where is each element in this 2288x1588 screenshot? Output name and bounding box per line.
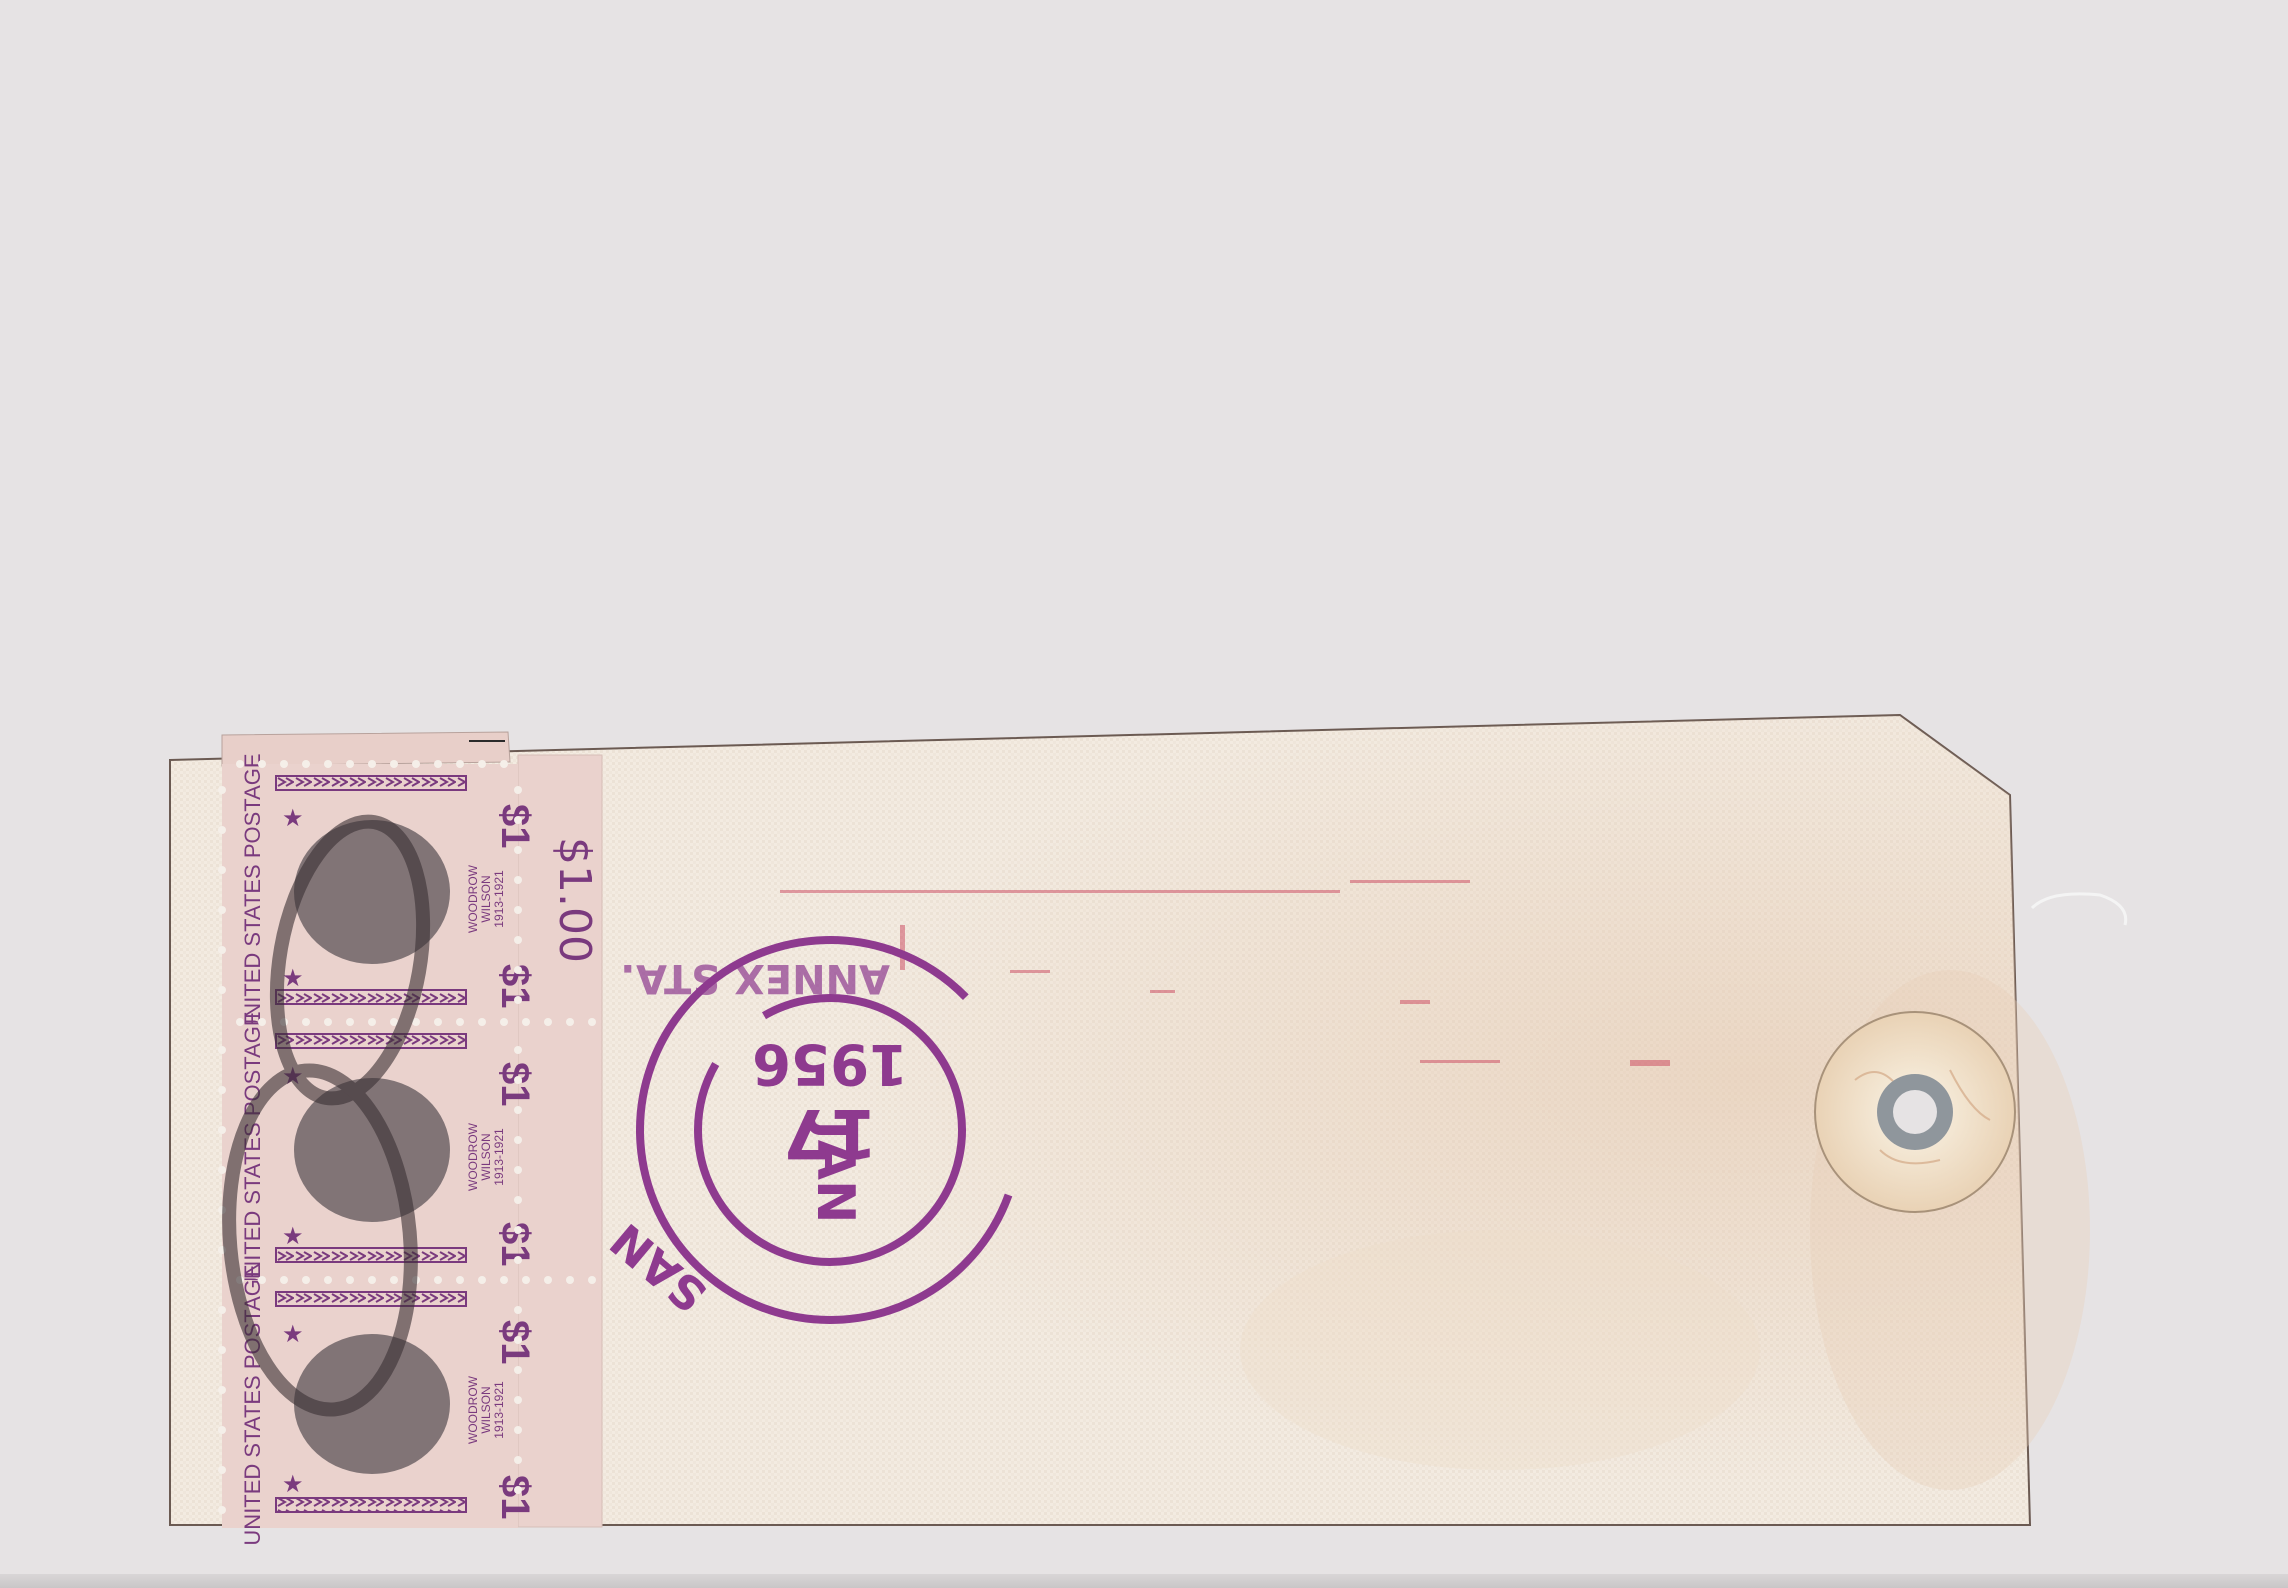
star-icon: ★ — [282, 1320, 304, 1348]
svg-text:WOODROW: WOODROW — [466, 864, 480, 933]
svg-text:WOODROW: WOODROW — [466, 1375, 480, 1444]
svg-text:WILSON: WILSON — [479, 1386, 493, 1433]
svg-text:1913-1921: 1913-1921 — [492, 1128, 506, 1186]
tag-string — [2032, 894, 2126, 925]
selvage-value: $1.00 — [549, 837, 600, 963]
svg-text:UNITED STATES POSTAGE: UNITED STATES POSTAGE — [240, 753, 265, 1034]
postmark-year: 1956 — [752, 1031, 908, 1096]
stamp-strip: $1.00 UNITED STATES POSTAGE ★ ★ $1 $1 WO… — [216, 732, 602, 1546]
stamp: UNITED STATES POSTAGE ★ ★ $1 $1 WOODROW … — [222, 1264, 537, 1545]
star-icon: ★ — [282, 964, 304, 992]
postmark-day: 17 — [783, 1093, 878, 1172]
svg-text:WOODROW: WOODROW — [466, 1122, 480, 1191]
postmark-ring-text-top: ANNEX STA. — [620, 955, 890, 1001]
star-icon: ★ — [282, 804, 304, 832]
star-icon: ★ — [282, 1222, 304, 1250]
stamp: UNITED STATES POSTAGE ★ ★ $1 $1 WOODROW … — [222, 753, 537, 1034]
svg-text:WILSON: WILSON — [479, 875, 493, 922]
svg-text:WILSON: WILSON — [479, 1133, 493, 1180]
svg-text:$1: $1 — [493, 804, 537, 849]
stamp: UNITED STATES POSTAGE ★ ★ $1 $1 WOODROW … — [222, 1011, 537, 1292]
scan-canvas: JAN 17 1956 SAN ANNEX STA. $1.00 UNITED … — [0, 0, 2288, 1588]
star-icon: ★ — [282, 1470, 304, 1498]
svg-text:$1: $1 — [493, 1475, 537, 1520]
svg-text:1913-1921: 1913-1921 — [492, 870, 506, 928]
reinforcement-ring — [1815, 1012, 2015, 1212]
svg-text:$1: $1 — [493, 1062, 537, 1107]
svg-text:1913-1921: 1913-1921 — [492, 1381, 506, 1439]
